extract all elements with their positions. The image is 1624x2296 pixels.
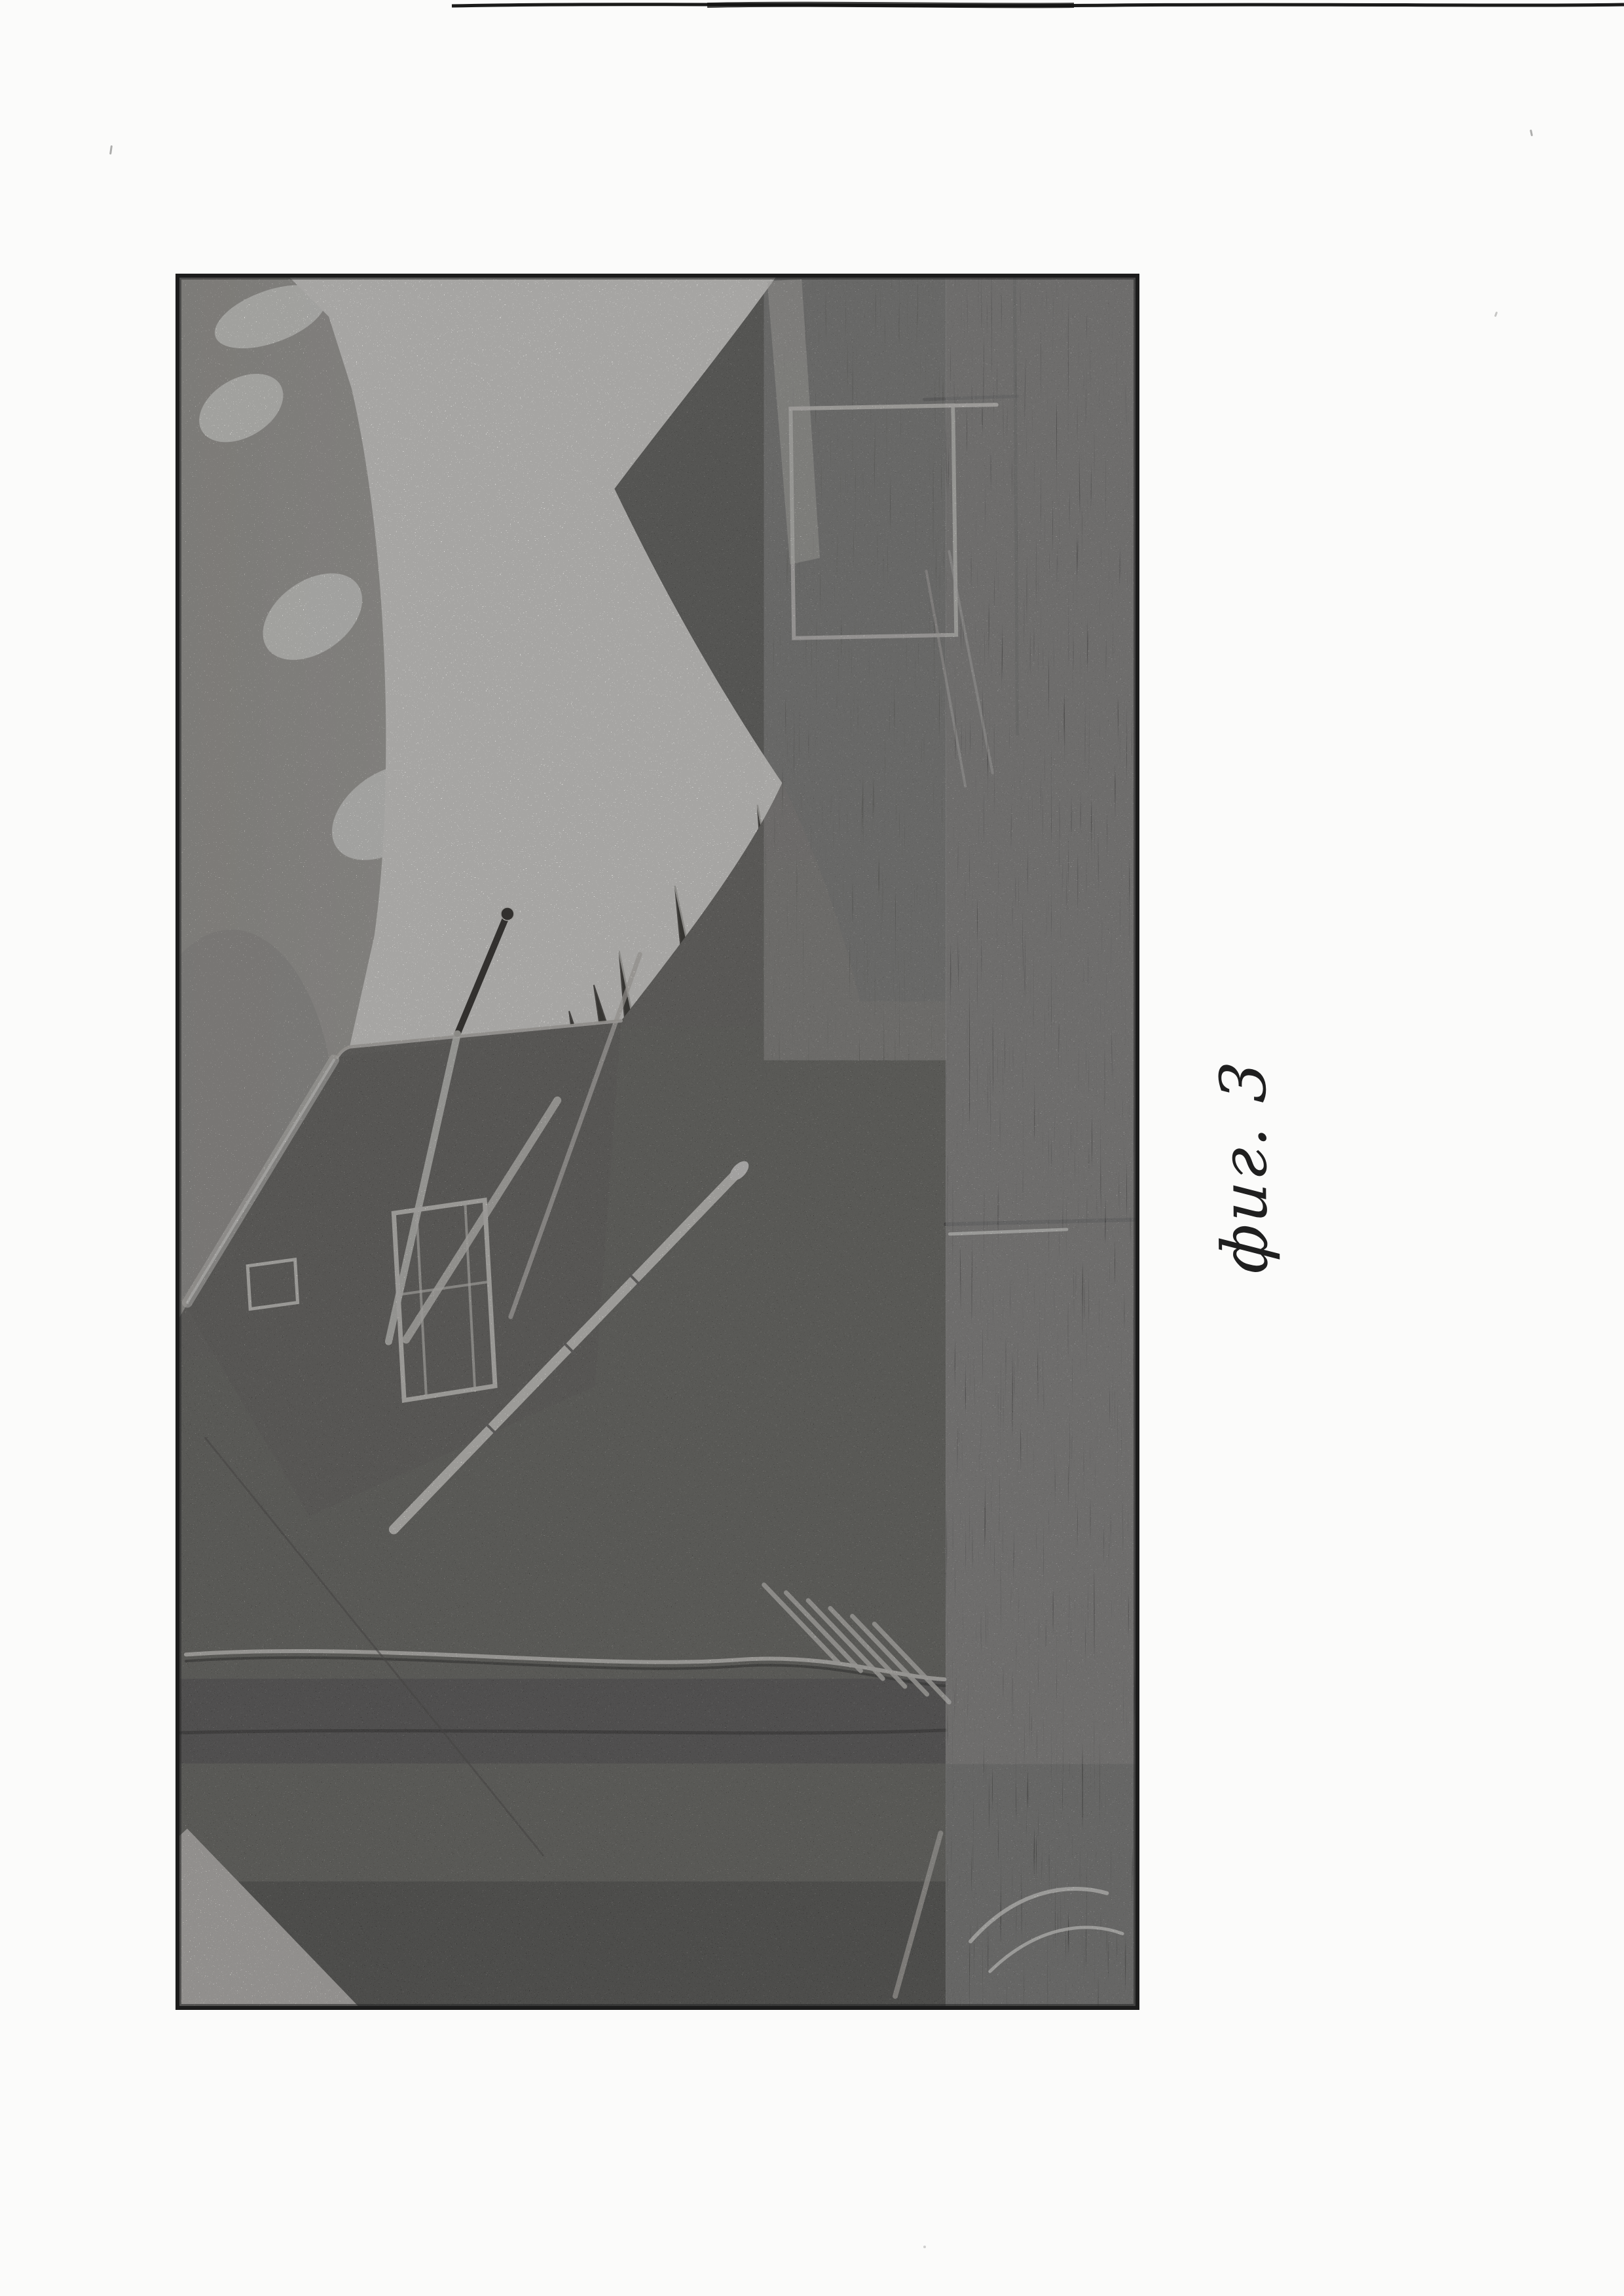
figure-caption: фиг. 3 — [1204, 1033, 1285, 1300]
scan-artifact-top-edge — [0, 0, 1624, 13]
grain-overlay — [179, 278, 1135, 2006]
figure-photo — [179, 278, 1135, 2006]
scan-speck — [1530, 130, 1533, 136]
figure-photo-frame — [175, 274, 1139, 2010]
scan-speck — [109, 145, 113, 155]
document-page: фиг. 3 — [0, 0, 1624, 2296]
scan-speck — [1494, 312, 1498, 318]
scan-speck — [923, 2246, 926, 2248]
